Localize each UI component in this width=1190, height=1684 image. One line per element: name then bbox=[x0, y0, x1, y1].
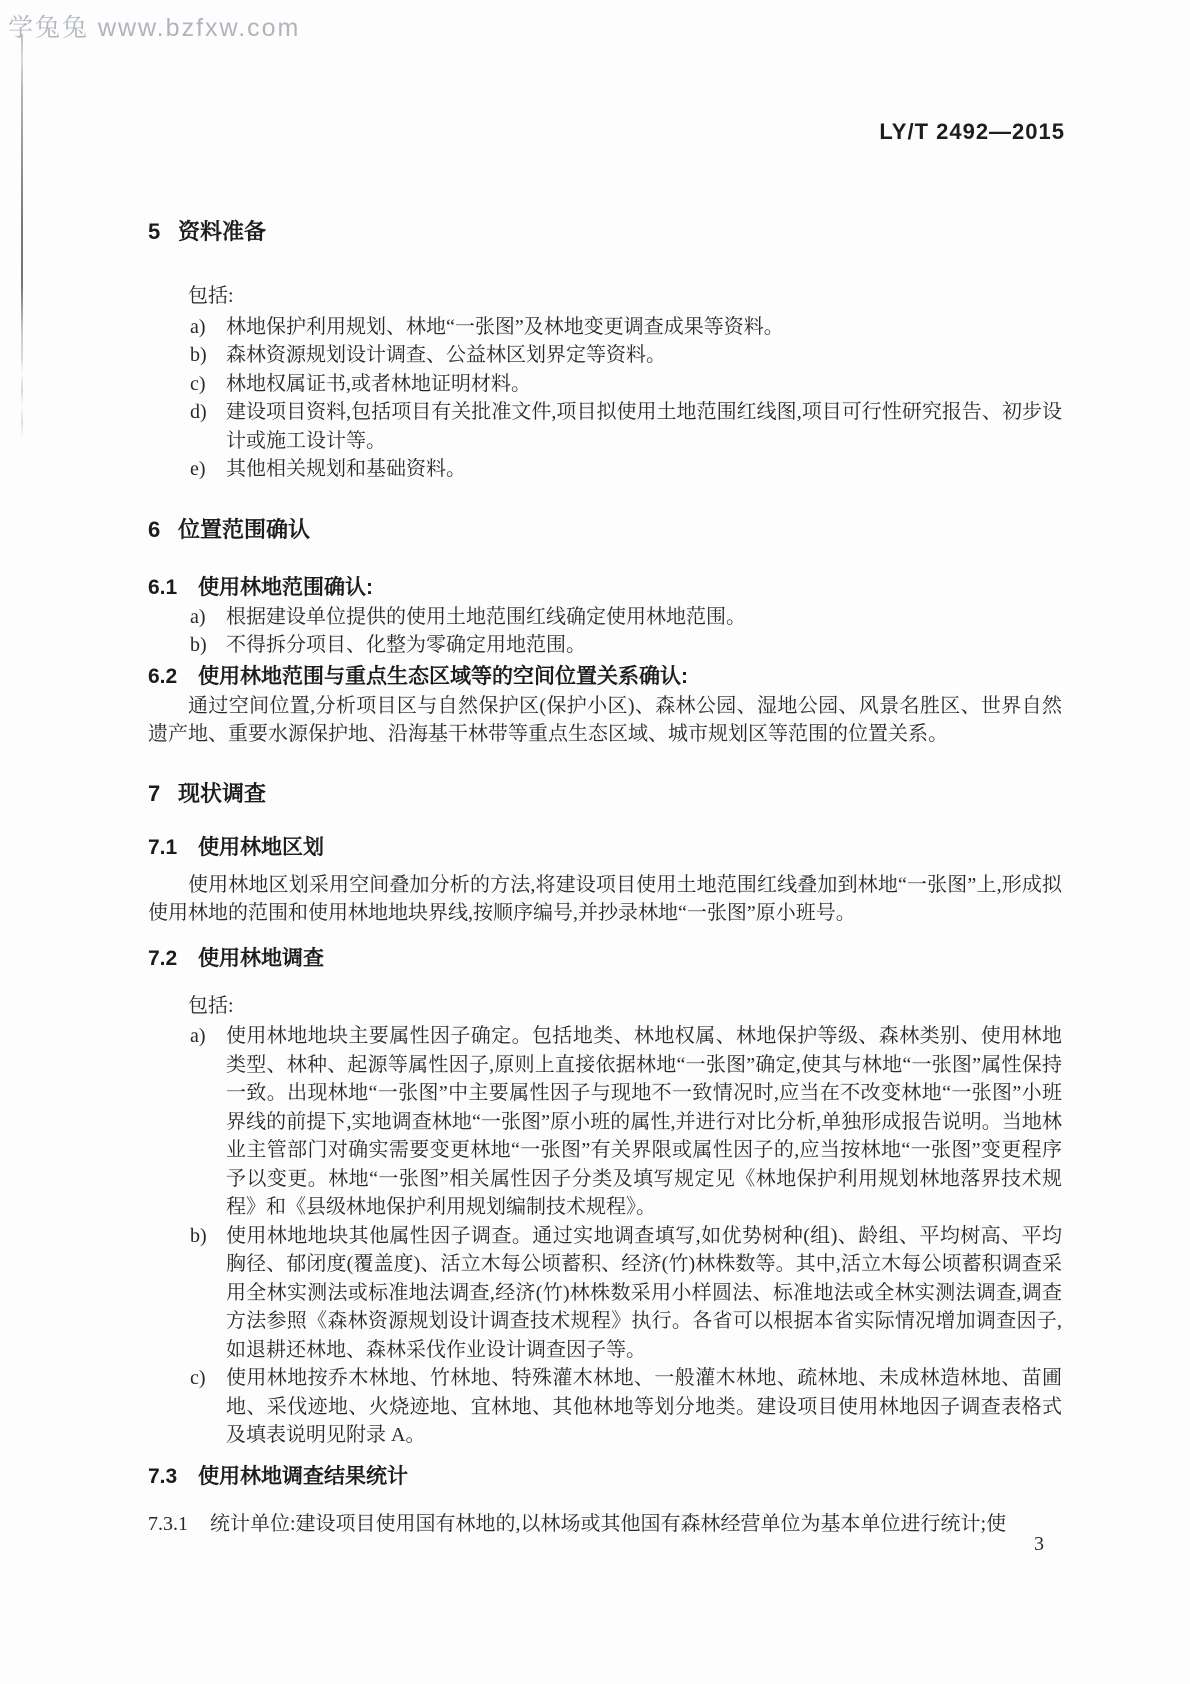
section-7-2-heading: 7.2使用林地调查 bbox=[148, 944, 1062, 974]
list-marker: a) bbox=[190, 603, 206, 632]
list-item: a) 林地保护利用规划、林地“一张图”及林地变更调查成果等资料。 bbox=[148, 313, 1062, 342]
section-number: 6 bbox=[148, 515, 178, 545]
list-marker: d) bbox=[190, 398, 207, 427]
section-title: 使用林地范围与重点生态区域等的空间位置关系确认: bbox=[198, 665, 688, 688]
list-item: c) 林地权属证书,或者林地证明材料。 bbox=[148, 370, 1062, 399]
lettered-list-s5: a) 林地保护利用规划、林地“一张图”及林地变更调查成果等资料。 b) 森林资源… bbox=[148, 313, 1062, 484]
section-number: 7.3.1 bbox=[148, 1510, 188, 1539]
lettered-list-s7-2: a) 使用林地地块主要属性因子确定。包括地类、林地权属、林地保护等级、森林类别、… bbox=[148, 1022, 1062, 1450]
list-item-text: 使用林地按乔木林地、竹林地、特殊灌木林地、一般灌木林地、疏林地、未成林造林地、苗… bbox=[226, 1367, 1062, 1446]
list-intro: 包括: bbox=[188, 992, 1062, 1021]
list-marker: c) bbox=[190, 370, 206, 399]
list-item: a) 根据建设单位提供的使用土地范围红线确定使用林地范围。 bbox=[148, 603, 1062, 632]
list-item: a) 使用林地地块主要属性因子确定。包括地类、林地权属、林地保护等级、森林类别、… bbox=[148, 1022, 1062, 1222]
section-title: 使用林地调查 bbox=[198, 947, 324, 970]
section-title: 使用林地调查结果统计 bbox=[198, 1465, 408, 1488]
section-7-heading: 7现状调查 bbox=[148, 779, 1062, 809]
section-7-3-heading: 7.3使用林地调查结果统计 bbox=[148, 1462, 1062, 1492]
section-title: 资料准备 bbox=[178, 219, 266, 244]
section-number: 7.2 bbox=[148, 944, 198, 974]
section-6-heading: 6位置范围确认 bbox=[148, 515, 1062, 545]
paragraph: 通过空间位置,分析项目区与自然保护区(保护小区)、森林公园、湿地公园、风景名胜区… bbox=[148, 692, 1062, 749]
list-item: e) 其他相关规划和基础资料。 bbox=[148, 455, 1062, 484]
list-marker: a) bbox=[190, 313, 206, 342]
list-item-text: 林地保护利用规划、林地“一张图”及林地变更调查成果等资料。 bbox=[226, 316, 784, 338]
section-7-3-1-paragraph: 7.3.1统计单位:建设项目使用国有林地的,以林场或其他国有森林经营单位为基本单… bbox=[148, 1510, 1062, 1539]
list-item-text: 建设项目资料,包括项目有关批准文件,项目拟使用土地范围红线图,项目可行性研究报告… bbox=[226, 401, 1062, 452]
section-title: 现状调查 bbox=[178, 781, 266, 806]
section-number: 7.3 bbox=[148, 1462, 198, 1492]
list-item: b) 不得拆分项目、化整为零确定用地范围。 bbox=[148, 631, 1062, 660]
section-number: 7 bbox=[148, 779, 178, 809]
list-item-text: 根据建设单位提供的使用土地范围红线确定使用林地范围。 bbox=[226, 606, 746, 628]
list-item-text: 林地权属证书,或者林地证明材料。 bbox=[226, 373, 531, 395]
list-item-text: 不得拆分项目、化整为零确定用地范围。 bbox=[226, 634, 586, 656]
list-intro: 包括: bbox=[188, 282, 1062, 311]
section-title: 使用林地范围确认: bbox=[198, 576, 373, 599]
list-marker: b) bbox=[190, 341, 207, 370]
section-6-2-heading: 6.2使用林地范围与重点生态区域等的空间位置关系确认: bbox=[148, 662, 1062, 692]
list-marker: e) bbox=[190, 455, 206, 484]
section-number: 6.2 bbox=[148, 662, 198, 692]
section-6-1-heading: 6.1使用林地范围确认: bbox=[148, 573, 1062, 603]
list-marker: b) bbox=[190, 1222, 207, 1251]
list-item-text: 其他相关规划和基础资料。 bbox=[226, 458, 466, 480]
page-number: 3 bbox=[1034, 1533, 1044, 1556]
paragraph: 使用林地区划采用空间叠加分析的方法,将建设项目使用土地范围红线叠加到林地“一张图… bbox=[148, 871, 1062, 928]
list-item-text: 使用林地地块主要属性因子确定。包括地类、林地权属、林地保护等级、森林类别、使用林… bbox=[226, 1025, 1062, 1218]
scan-artifact-line bbox=[21, 34, 23, 438]
list-marker: c) bbox=[190, 1364, 206, 1393]
section-title: 位置范围确认 bbox=[178, 517, 310, 542]
list-marker: a) bbox=[190, 1022, 206, 1051]
list-item: b) 使用林地地块其他属性因子调查。通过实地调查填写,如优势树种(组)、龄组、平… bbox=[148, 1222, 1062, 1365]
section-title: 使用林地区划 bbox=[198, 836, 324, 859]
list-item: c) 使用林地按乔木林地、竹林地、特殊灌木林地、一般灌木林地、疏林地、未成林造林… bbox=[148, 1364, 1062, 1450]
list-marker: b) bbox=[190, 631, 207, 660]
list-item-text: 森林资源规划设计调查、公益林区划界定等资料。 bbox=[226, 344, 666, 366]
section-number: 6.1 bbox=[148, 573, 198, 603]
section-7-1-heading: 7.1使用林地区划 bbox=[148, 833, 1062, 863]
list-item: d) 建设项目资料,包括项目有关批准文件,项目拟使用土地范围红线图,项目可行性研… bbox=[148, 398, 1062, 455]
list-item-text: 使用林地地块其他属性因子调查。通过实地调查填写,如优势树种(组)、龄组、平均树高… bbox=[226, 1225, 1062, 1361]
page-content: 5资料准备 包括: a) 林地保护利用规划、林地“一张图”及林地变更调查成果等资… bbox=[148, 0, 1062, 1538]
section-number: 5 bbox=[148, 217, 178, 247]
section-number: 7.1 bbox=[148, 833, 198, 863]
paragraph-text: 统计单位:建设项目使用国有林地的,以林场或其他国有森林经营单位为基本单位进行统计… bbox=[210, 1513, 1006, 1535]
lettered-list-s6-1: a) 根据建设单位提供的使用土地范围红线确定使用林地范围。 b) 不得拆分项目、… bbox=[148, 603, 1062, 660]
list-item: b) 森林资源规划设计调查、公益林区划界定等资料。 bbox=[148, 341, 1062, 370]
section-5-heading: 5资料准备 bbox=[148, 217, 1062, 247]
document-page: 学兔兔 www.bzfxw.com LY/T 2492—2015 5资料准备 包… bbox=[0, 0, 1190, 1684]
